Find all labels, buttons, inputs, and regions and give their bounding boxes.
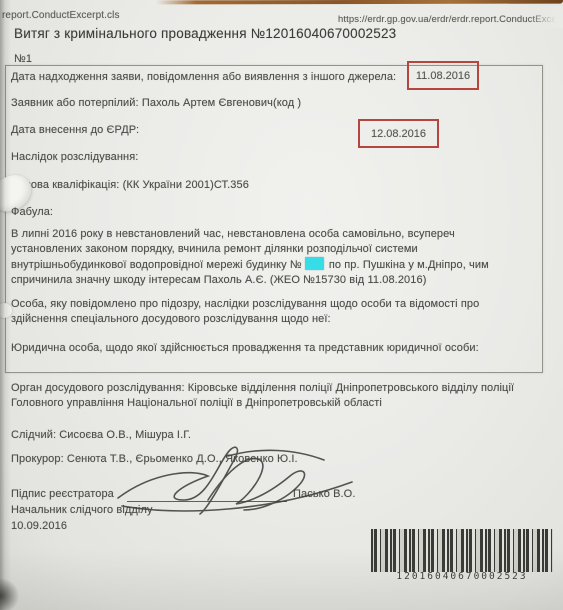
barcode-number: 12016040670002523 bbox=[371, 571, 553, 582]
date-received-value: 11.08.2016 bbox=[416, 70, 470, 82]
field-applicant: Заявник або потерпілий: Пахоль Артем Євг… bbox=[11, 96, 301, 111]
highlight-box-erdr-date: 12.08.2016 bbox=[358, 119, 439, 148]
field-legal-entity: Юридична особа, щодо якої здійснюється п… bbox=[11, 341, 479, 356]
field-suspect-info: Особа, яку повідомлено про підозру, насл… bbox=[11, 297, 517, 327]
field-fabula-label: Фабула: bbox=[11, 205, 53, 220]
field-date-received-label: Дата надходження заяви, повідомлення або… bbox=[11, 70, 396, 85]
erdr-date-value: 12.08.2016 bbox=[371, 128, 426, 140]
highlight-box-date-received: 11.08.2016 bbox=[407, 61, 479, 90]
authority-paragraph: Орган досудового розслідування: Кіровськ… bbox=[11, 381, 543, 411]
document-photo: report.ConductExcerpt.cls https://erdr.g… bbox=[0, 0, 563, 610]
table-edge-strip bbox=[156, 0, 563, 4]
signature-scrawl bbox=[110, 444, 360, 520]
registration-date: 10.09.2016 bbox=[11, 519, 67, 534]
page-title: Витяг з кримінального провадження №12016… bbox=[14, 26, 396, 41]
field-legal-qualification: вова кваліфікація: (КК України 2001)СТ.3… bbox=[25, 178, 249, 193]
barcode bbox=[371, 529, 553, 572]
shadow-blob bbox=[0, 578, 19, 610]
url-fade bbox=[529, 6, 563, 28]
field-investigation-result-label: Наслідок розслідування: bbox=[11, 150, 138, 165]
registrar-signature-label: Підпис реєстратора bbox=[11, 487, 114, 502]
cyan-redaction-box bbox=[305, 257, 324, 270]
fabula-paragraph: В липні 2016 року в невстановлений час, … bbox=[11, 227, 527, 288]
print-header-left: report.ConductExcerpt.cls bbox=[2, 8, 120, 23]
investigator-line: Слідчий: Сисоєва О.В., Мішура І.Г. bbox=[11, 428, 191, 443]
field-erdr-date-label: Дата внесення до ЄРДР: bbox=[11, 123, 139, 138]
